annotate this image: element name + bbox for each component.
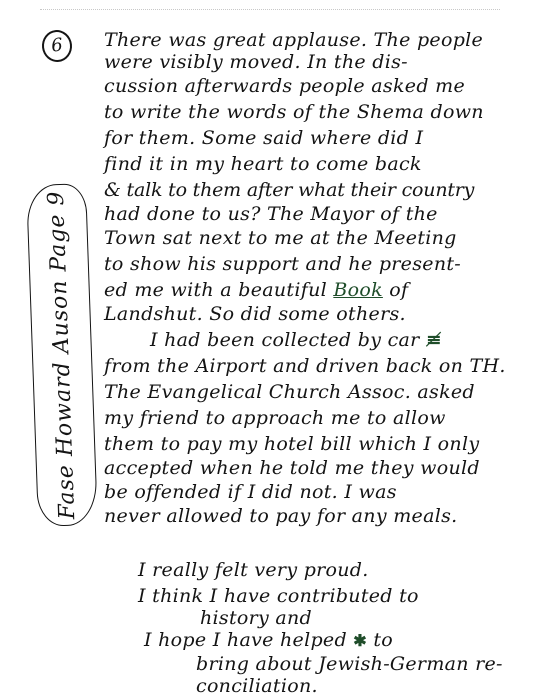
text-fragment: I hope I have helped [144,629,347,651]
text-line: my friend to approach me to allow [104,406,446,430]
text-line: I had been collected by car ≢ [150,328,442,352]
text-line: never allowed to pay for any meals. [104,504,457,528]
side-label-box: Fase Howard Auson Page 9 [26,183,98,527]
text-line: Landshut. So did some others. [104,302,406,326]
text-line: The Evangelical Church Assoc. asked [104,380,475,404]
text-fragment: ed me with a beautiful [104,279,327,301]
text-line: accepted when he told me they would [104,456,480,480]
page-number-circle: 6 [40,29,73,64]
text-line: I really felt very proud. [138,558,369,582]
text-fragment: I had been collected by car [150,329,420,351]
text-line: ed me with a beautiful Book of [104,278,408,302]
scan-edge-artifact [40,9,500,11]
text-line: conciliation. [196,674,318,698]
page-number: 6 [50,34,64,56]
text-fragment: to [373,629,393,651]
text-line: & talk to them after what their country [104,178,474,202]
text-line: history and [200,606,312,630]
text-line: There was great applause. The people [104,28,483,52]
text-line: cussion afterwards people asked me [104,74,465,98]
text-line: were visibly moved. In the dis- [104,50,408,74]
text-line: them to pay my hotel bill which I only [104,432,479,456]
text-line: I hope I have helped ✱ to [144,628,393,653]
green-scribble: ✱ [353,631,367,650]
text-line: I think I have contributed to [138,584,419,608]
text-line: find it in my heart to come back [104,152,422,176]
text-line: to show his support and he present- [104,252,461,276]
text-line: for them. Some said where did I [104,126,423,150]
text-line: from the Airport and driven back on TH. [104,354,506,378]
text-line: Town sat next to me at the Meeting [104,226,457,250]
green-scribble: ≢ [426,329,442,351]
text-line: had done to us? The Mayor of the [104,202,438,226]
text-line: to write the words of the Shema down [104,100,484,124]
text-line: bring about Jewish-German re- [196,652,503,676]
book-word-green: Book [333,279,383,301]
side-label-text: Fase Howard Auson Page 9 [44,190,80,520]
text-line: be offended if I did not. I was [104,480,397,504]
text-fragment: of [389,279,408,301]
